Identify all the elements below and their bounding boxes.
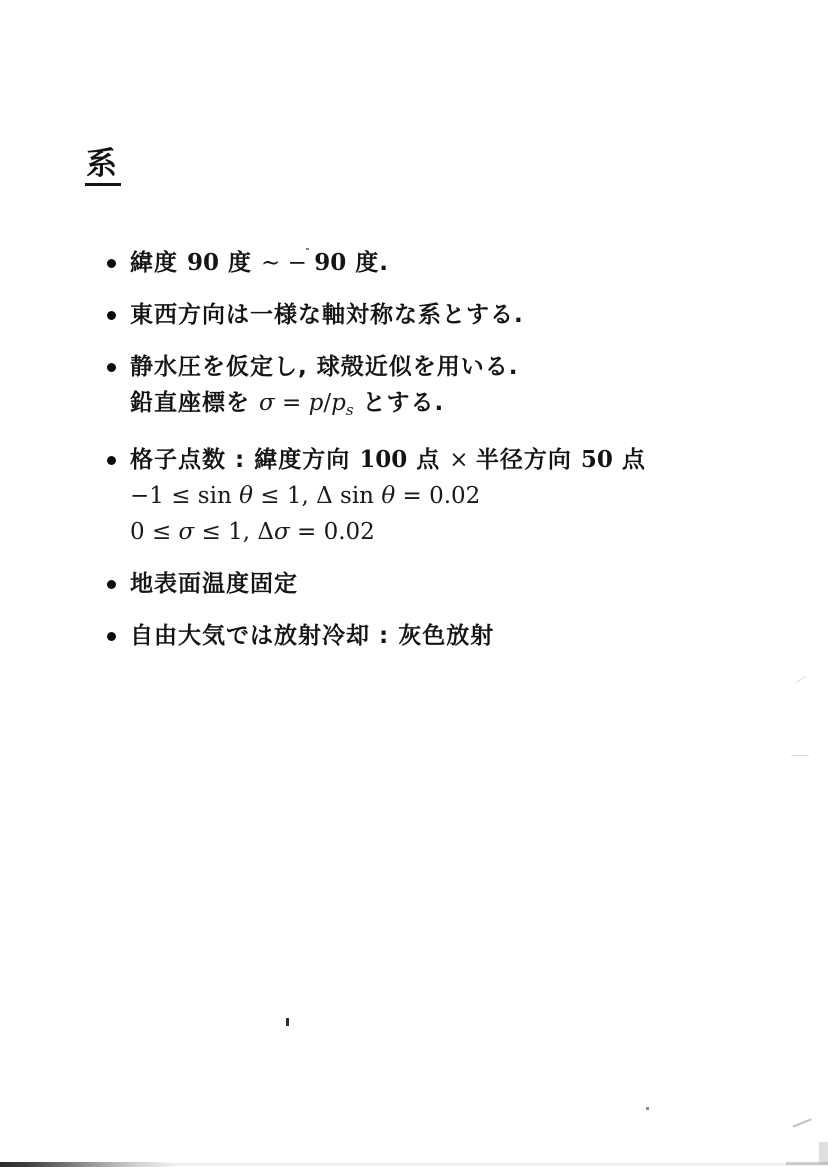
bullet-line: 東西方向は一様な軸対称な系とする. <box>130 298 747 334</box>
text-segment-jp: 東西方向は一様な軸対称な系とする. <box>130 302 524 328</box>
bullet-item: 自由大気では放射冷却 : 灰色放射 <box>107 619 747 655</box>
bullet-line: 0 ≤ σ ≤ 1, Δσ = 0.02 <box>130 515 747 551</box>
text-segment-mi: p <box>331 390 346 416</box>
scan-tick-speck <box>286 1018 289 1026</box>
text-segment-jp: 鉛直座標を <box>130 390 259 416</box>
text-segment-mi: σ <box>259 390 275 416</box>
text-segment-jp: 点 <box>613 447 646 473</box>
text-segment-jp: とする. <box>354 390 445 416</box>
text-segment-m: ∼ − <box>261 250 314 276</box>
bullet-item: 静水圧を仮定し, 球殻近似を用いる.鉛直座標を σ = p/ps とする. <box>107 350 747 427</box>
bullet-content: 地表面温度固定 <box>130 567 747 603</box>
scan-faint-scratch <box>796 676 807 683</box>
scan-scratch-mark <box>792 1118 811 1127</box>
text-segment-jp: 度. <box>346 250 389 276</box>
text-segment-m: −1 ≤ sin <box>130 483 239 509</box>
text-segment-m: = 0.02 <box>290 519 375 545</box>
bullet-icon <box>107 311 116 320</box>
scan-bottom-left-band <box>0 1162 178 1167</box>
bullet-list: 緯度 90 度 ∼ − 90 度.東西方向は一様な軸対称な系とする.静水圧を仮定… <box>107 246 747 671</box>
text-segment-jp: 緯度 <box>130 250 187 276</box>
bullet-content: 自由大気では放射冷却 : 灰色放射 <box>130 619 747 655</box>
scan-corner-smudge <box>819 1142 828 1164</box>
bullet-item: 地表面温度固定 <box>107 567 747 603</box>
text-segment-jp: 自由大気では放射冷却 : 灰色放射 <box>130 623 494 649</box>
text-segment-sub: s <box>346 401 354 419</box>
text-segment-jp: 静水圧を仮定し, 球殻近似を用いる. <box>130 354 518 380</box>
bullet-line: 鉛直座標を σ = p/ps とする. <box>130 386 747 427</box>
bullet-line: −1 ≤ sin θ ≤ 1, Δ sin θ = 0.02 <box>130 479 747 515</box>
bullet-line: 自由大気では放射冷却 : 灰色放射 <box>130 619 747 655</box>
text-segment-m: ≤ 1, Δ <box>194 519 274 545</box>
bullet-item: 緯度 90 度 ∼ − 90 度. <box>107 246 747 282</box>
bullet-content: 静水圧を仮定し, 球殻近似を用いる.鉛直座標を σ = p/ps とする. <box>130 350 747 427</box>
scan-faint-scratch <box>791 755 809 756</box>
bullet-item: 格子点数 : 緯度方向 100 点 × 半径方向 50 点−1 ≤ sin θ … <box>107 443 747 551</box>
bullet-content: 緯度 90 度 ∼ − 90 度. <box>130 246 747 282</box>
text-segment-m: = <box>275 390 309 416</box>
bullet-content: 格子点数 : 緯度方向 100 点 × 半径方向 50 点−1 ≤ sin θ … <box>130 443 747 551</box>
text-segment-n: 90 <box>187 249 219 276</box>
text-segment-mi: θ <box>239 483 253 509</box>
text-segment-n: 50 <box>581 446 613 473</box>
scan-dot-speck <box>646 1107 649 1110</box>
text-segment-n: 100 <box>359 446 407 473</box>
bullet-item: 東西方向は一様な軸対称な系とする. <box>107 298 747 334</box>
text-segment-jp: 半径方向 <box>476 447 581 473</box>
text-segment-m: × <box>449 447 476 473</box>
scanned-document-page: 系 緯度 90 度 ∼ − 90 度.東西方向は一様な軸対称な系とする.静水圧を… <box>0 0 828 1167</box>
text-segment-m: ≤ 1, Δ sin <box>253 483 381 509</box>
bullet-line: 緯度 90 度 ∼ − 90 度. <box>130 246 747 282</box>
bullet-icon <box>107 580 116 589</box>
bullet-content: 東西方向は一様な軸対称な系とする. <box>130 298 747 334</box>
bullet-icon <box>107 259 116 268</box>
bullet-line: 地表面温度固定 <box>130 567 747 603</box>
text-segment-jp: 度 <box>219 250 261 276</box>
scan-dot-speck <box>306 248 309 250</box>
text-segment-m: = 0.02 <box>395 483 480 509</box>
text-segment-m: / <box>323 390 331 416</box>
text-segment-jp: 点 <box>407 447 449 473</box>
text-segment-n: 90 <box>314 249 346 276</box>
bullet-line: 格子点数 : 緯度方向 100 点 × 半径方向 50 点 <box>130 443 747 479</box>
text-segment-mi: σ <box>274 519 290 545</box>
text-segment-jp: 地表面温度固定 <box>130 571 298 597</box>
text-segment-mi: θ <box>381 483 395 509</box>
bullet-icon <box>107 456 116 465</box>
text-segment-mi: σ <box>179 519 195 545</box>
text-segment-jp: 格子点数 : 緯度方向 <box>130 447 359 473</box>
bullet-line: 静水圧を仮定し, 球殻近似を用いる. <box>130 350 747 386</box>
text-segment-mi: p <box>309 390 324 416</box>
bullet-icon <box>107 363 116 372</box>
bullet-icon <box>107 632 116 641</box>
page-title: 系 <box>85 147 121 186</box>
text-segment-m: 0 ≤ <box>130 519 179 545</box>
